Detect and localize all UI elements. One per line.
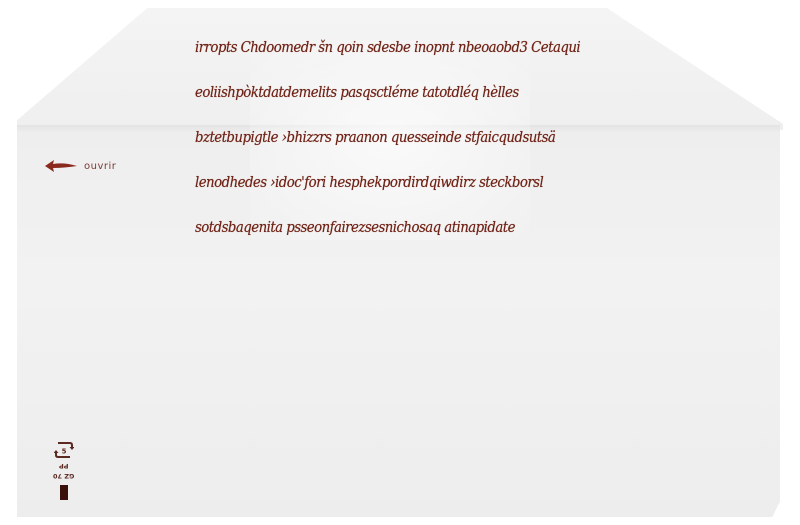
handwriting-line: eoliishpòktdatdemelits pasqsctléme tatot…: [195, 79, 586, 124]
recycle-pp-icon: 5: [54, 440, 74, 460]
material-code: PP: [59, 462, 69, 470]
handwriting-line: irropts Chdoomedr šn qoin sdesbe inopnt …: [195, 34, 586, 79]
handwriting-line: sotdsbaqenita psseonfairezsesnichosaq at…: [195, 214, 586, 259]
handwriting-line: lenodhedes ›idoc'fori hesphekpordirdqiwd…: [195, 169, 586, 214]
arrow-left-icon: [44, 158, 78, 174]
handwriting-line: bztetbupigtle ›bhizzrs praanon quesseind…: [195, 124, 586, 169]
material-grade: GZ 70: [53, 472, 74, 480]
open-instruction[interactable]: ouvrir: [44, 158, 116, 174]
open-label: ouvrir: [84, 161, 116, 172]
recycling-mark: 5 PP GZ 70: [53, 440, 75, 510]
plastic-envelope: irropts Chdoomedr šn qoin sdesbe inopnt …: [0, 0, 800, 525]
svg-text:5: 5: [62, 448, 67, 456]
print-marker: [60, 485, 68, 500]
handwritten-text-block: irropts Chdoomedr šn qoin sdesbe inopnt …: [195, 34, 620, 259]
